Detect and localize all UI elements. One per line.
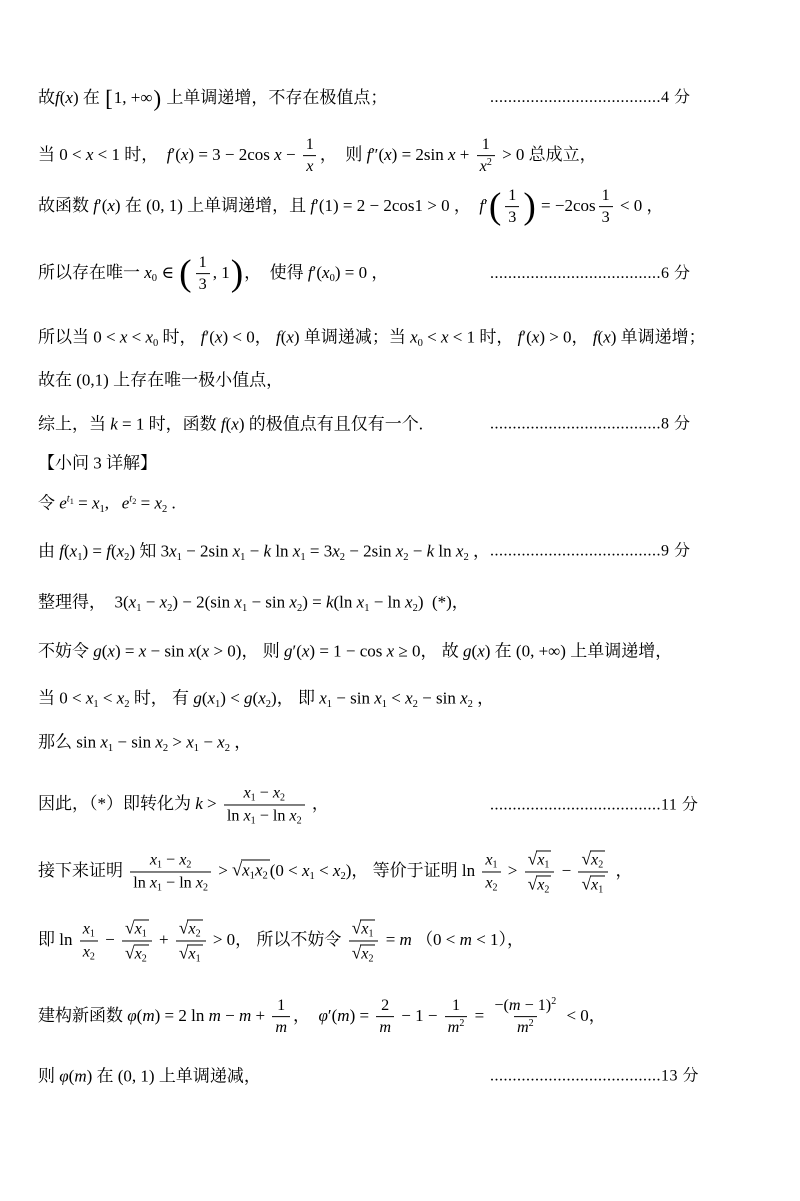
subscript: 1	[493, 859, 498, 870]
fraction: 2m	[376, 996, 394, 1038]
math-variable: x	[243, 808, 250, 825]
fraction: 13	[599, 186, 613, 228]
solution-line: 因此，（*）即转化为 k > x1 − x2ln x1 − ln x2 ，...…	[38, 783, 329, 826]
fraction: 1x	[303, 135, 317, 177]
denominator: x	[303, 156, 316, 177]
fraction: −(m − 1)2m2	[491, 996, 559, 1038]
math-text: < 1），	[472, 930, 524, 949]
numerator: 1	[274, 996, 288, 1016]
radicand: x2	[360, 945, 375, 965]
math-text: − sin	[247, 593, 289, 612]
subscript: 2	[196, 928, 201, 939]
math-variable: x	[65, 88, 73, 107]
fraction: x1x2	[80, 919, 98, 962]
math-text: − ln	[369, 593, 405, 612]
math-text: 1	[90, 928, 95, 939]
big-delimiter: (	[179, 253, 191, 294]
denominator: √x2	[525, 872, 555, 896]
math-text: <	[387, 689, 405, 708]
subscript: 1	[598, 885, 603, 896]
solution-line: 即 ln x1x2 − √x1√x2 + √x2√x1 > 0， 所以不妨令 √…	[38, 917, 524, 964]
fraction: √x2√x1	[176, 917, 206, 964]
math-text: 2	[544, 885, 549, 896]
math-text: ) > 0，	[539, 328, 593, 347]
math-text: 2	[280, 792, 285, 803]
math-text: −	[245, 542, 263, 561]
numerator: 2	[378, 996, 392, 1016]
math-variable: x	[155, 733, 163, 752]
solution-line: 所以当 0 < x < x0 时， f′(x) < 0， f(x) 单调递减；当…	[38, 327, 706, 350]
math-text: =	[381, 930, 399, 949]
math-text: ) = 2 ln	[155, 1006, 209, 1025]
math-variable: m	[460, 930, 472, 949]
math-text: 2	[368, 954, 373, 965]
math-text: ，	[473, 689, 494, 708]
big-delimiter: )	[231, 253, 243, 294]
math-text: ) 在 (0, 1) 上单调递增，且	[115, 196, 310, 215]
math-text: 2	[529, 1018, 534, 1029]
square-root: √x1	[179, 946, 203, 963]
math-text: 综上，当	[38, 414, 110, 433]
solution-line: 建构新函数 φ(m) = 2 ln m − m + 1m， φ′(m) = 2m…	[38, 996, 606, 1038]
radicand: x1	[590, 876, 605, 896]
subscript: 2	[142, 954, 147, 965]
numerator: 1	[303, 135, 317, 155]
math-text: ln	[434, 542, 456, 561]
big-delimiter: (	[489, 186, 501, 227]
math-text: 2	[297, 816, 302, 827]
numerator: 1	[599, 186, 613, 206]
radicand: x1	[536, 850, 551, 870]
math-text: 接下来证明	[38, 861, 127, 880]
math-variable: m	[337, 1006, 349, 1025]
math-variable: x	[83, 920, 90, 937]
math-variable: m	[209, 1006, 221, 1025]
denominator: m	[272, 1017, 290, 1038]
math-text: ′	[484, 196, 488, 215]
math-text: 2	[203, 883, 208, 894]
math-text: ′(	[328, 1006, 337, 1025]
math-variable: x	[410, 328, 418, 347]
math-text: ≥ 0， 故	[394, 641, 463, 660]
math-text: 1	[544, 859, 549, 870]
math-text: −	[409, 542, 427, 561]
math-text: −	[557, 861, 575, 880]
denominator: √x1	[176, 941, 206, 965]
math-text: 1	[277, 997, 285, 1014]
math-text: ) 单调递减；当	[294, 328, 410, 347]
math-text: >	[504, 861, 522, 880]
fraction: √x2√x1	[578, 848, 608, 895]
math-variable: k	[110, 414, 118, 433]
math-variable: x	[302, 861, 310, 880]
math-variable: x	[460, 689, 468, 708]
math-variable: x	[448, 145, 456, 164]
denominator: m2	[514, 1017, 537, 1038]
math-variable: x	[107, 641, 115, 660]
subscript: 1	[90, 928, 95, 939]
math-variable: x	[485, 851, 492, 868]
fraction: x1 − x2ln x1 − ln x2	[130, 850, 211, 893]
math-variable: x	[306, 159, 313, 176]
math-text: ln	[271, 542, 293, 561]
math-text: ′(	[522, 328, 531, 347]
math-variable: m	[74, 1066, 86, 1085]
math-variable: φ	[127, 1006, 136, 1025]
math-text: <	[99, 689, 117, 708]
math-variable: x	[286, 328, 294, 347]
subscript: 2	[280, 792, 285, 803]
math-variable: m	[400, 930, 412, 949]
numerator: √x2	[176, 917, 206, 940]
math-text: ) = 1 − cos	[309, 641, 386, 660]
math-text: − ln	[162, 875, 196, 892]
math-variable: x	[100, 733, 108, 752]
subscript: 2	[297, 816, 302, 827]
math-text: 1, +∞	[114, 88, 153, 107]
math-text: 1	[306, 136, 314, 153]
fraction: 1x2	[477, 135, 495, 177]
math-variable: x	[150, 875, 157, 892]
math-variable: x	[144, 263, 152, 282]
math-variable: m	[509, 997, 521, 1014]
square-root: √x1x2	[232, 861, 270, 880]
math-text: （0 <	[412, 930, 460, 949]
math-text: (ln	[334, 593, 357, 612]
subscript: 2	[598, 859, 603, 870]
math-text: ln	[133, 875, 150, 892]
math-text: 1	[602, 187, 610, 204]
math-text: =	[74, 494, 92, 513]
math-text: − sin	[418, 689, 460, 708]
math-variable: x	[477, 641, 485, 660]
math-variable: x	[384, 145, 392, 164]
math-variable: x	[107, 196, 115, 215]
math-text: (0 <	[270, 861, 302, 880]
math-text: 1	[493, 859, 498, 870]
solution-line: 那么 sin x1 − sin x2 > x1 − x2 ，	[38, 732, 251, 755]
numerator: 1	[479, 135, 493, 155]
subscript: 1	[196, 954, 201, 965]
math-text: 由	[38, 542, 59, 561]
math-variable: x	[188, 641, 196, 660]
math-text: ) 单调递增；	[611, 328, 706, 347]
math-text: < 1 时，	[93, 145, 166, 164]
math-text: 故	[38, 88, 55, 107]
square-root: √x1	[528, 851, 552, 868]
numerator: √x1	[349, 917, 379, 940]
numerator: x1 − x2	[147, 850, 195, 871]
math-text: ) 在	[73, 88, 104, 107]
solution-line: 故函数 f′(x) 在 (0, 1) 上单调递增，且 f′(1) = 2 − 2…	[38, 186, 664, 228]
math-variable: m	[517, 1020, 529, 1037]
math-variable: x	[145, 328, 153, 347]
math-variable: x	[135, 920, 142, 937]
math-text: ′(	[313, 263, 322, 282]
square-root: √x1	[581, 877, 605, 894]
score-marker: ......................................9 …	[490, 542, 691, 562]
math-text: 则	[38, 1066, 59, 1085]
math-text: 1	[368, 928, 373, 939]
math-text: ) − 2(sin	[172, 593, 234, 612]
subscript: 2	[368, 954, 373, 965]
math-text: 2	[142, 954, 147, 965]
math-text: 令	[38, 494, 59, 513]
math-variable: φ	[59, 1066, 68, 1085]
solution-line: 故f(x) 在 [1, +∞) 上单调递增，不存在极值点；...........…	[38, 87, 387, 109]
math-variable: x	[332, 542, 340, 561]
math-variable: g	[93, 641, 102, 660]
math-text: ′(	[206, 328, 215, 347]
denominator: ln x1 − ln x2	[130, 872, 211, 894]
math-text: 1	[142, 928, 147, 939]
denominator: √x2	[122, 941, 152, 965]
solution-line: 由 f(x1) = f(x2) 知 3x1 − 2sin x1 − k ln x…	[38, 541, 490, 564]
math-variable: x	[243, 784, 250, 801]
math-variable: g	[244, 689, 253, 708]
math-variable: m	[239, 1006, 251, 1025]
math-variable: x	[217, 733, 225, 752]
radicand: x2	[590, 850, 605, 870]
denominator: 3	[505, 207, 519, 228]
math-variable: φ	[319, 1006, 328, 1025]
math-text: +	[155, 930, 173, 949]
math-variable: k	[195, 794, 203, 813]
math-text: − 1)	[521, 997, 552, 1014]
math-variable: x	[150, 851, 157, 868]
math-variable: x	[207, 689, 215, 708]
math-text: ，	[230, 733, 251, 752]
math-variable: x	[188, 946, 195, 963]
math-text: >	[168, 733, 186, 752]
math-text: ) 的极值点有且仅有一个.	[239, 414, 423, 433]
math-variable: m	[142, 1006, 154, 1025]
math-text: −	[256, 784, 273, 801]
fraction: √x1√x2	[525, 848, 555, 895]
solution-line: 接下来证明 x1 − x2ln x1 − ln x2 > √x1x2(0 < x…	[38, 848, 632, 895]
math-text: 2	[381, 997, 389, 1014]
math-text: ，	[293, 1006, 319, 1025]
math-text: ) =	[115, 641, 139, 660]
square-root: √x2	[581, 851, 605, 868]
solution-line: 当 0 < x < 1 时， f′(x) = 3 − 2cos x − 1x， …	[38, 135, 597, 177]
square-root: √x1	[125, 920, 149, 937]
math-text: ) = 3 − 2cos	[188, 145, 274, 164]
math-text: − 1 −	[397, 1006, 442, 1025]
math-text: 1	[199, 254, 207, 271]
math-text: ″(	[371, 145, 384, 164]
square-root: √x2	[352, 946, 376, 963]
math-text: ) <	[220, 689, 244, 708]
square-root: √x2	[528, 877, 552, 894]
math-variable: g	[193, 689, 202, 708]
document-page: 故f(x) 在 [1, +∞) 上单调递增，不存在极值点；...........…	[0, 0, 800, 1201]
math-text: −	[162, 851, 179, 868]
math-text: ) 在 (0, +∞) 上单调递增，	[485, 641, 672, 660]
math-text: 故函数	[38, 196, 93, 215]
numerator: x1 − x2	[240, 783, 288, 804]
math-text: > 0)， 则	[209, 641, 284, 660]
subscript: 2	[544, 885, 549, 896]
math-text: − 2sin	[182, 542, 233, 561]
radicand: x1	[187, 945, 202, 965]
math-text: 因此，（*）即转化为	[38, 794, 195, 813]
math-text: ) = 0 ，	[335, 263, 389, 282]
denominator: m	[376, 1017, 394, 1038]
score-marker: ......................................6 …	[490, 264, 691, 284]
subscript: 2	[262, 871, 267, 882]
math-variable: x	[188, 920, 195, 937]
math-text: 不妨令	[38, 641, 93, 660]
math-variable: g	[463, 641, 472, 660]
denominator: x2	[80, 941, 98, 963]
math-text: >	[214, 861, 232, 880]
math-variable: x	[485, 875, 492, 892]
math-variable: x	[186, 733, 194, 752]
math-text: ′(1) = 2 − 2cos1 > 0 ，	[315, 196, 479, 215]
denominator: √x1	[578, 872, 608, 896]
math-variable: k	[264, 542, 272, 561]
square-root: √x2	[179, 920, 203, 937]
math-variable: x	[289, 593, 297, 612]
math-text: −	[141, 593, 159, 612]
math-text: −(	[494, 997, 508, 1014]
math-variable: x	[374, 689, 382, 708]
math-variable: m	[275, 1020, 287, 1037]
math-text: 时，	[158, 328, 201, 347]
math-text: −	[221, 1006, 239, 1025]
math-variable: x	[480, 159, 487, 176]
math-text: <	[315, 861, 333, 880]
numerator: √x1	[122, 917, 152, 940]
numerator: 1	[196, 253, 210, 273]
math-text: ) 知 3	[129, 542, 169, 561]
math-variable: x	[231, 414, 239, 433]
solution-line: 令 et1 = x1, et2 = x2 .	[38, 493, 176, 516]
math-text: − ln	[256, 808, 290, 825]
radicand: x2	[536, 876, 551, 896]
math-variable: x	[405, 689, 413, 708]
math-text: ) 在 (0, 1) 上单调递减，	[87, 1066, 261, 1085]
math-text: 【小问 3 详解】	[38, 453, 157, 472]
math-text: ) =	[350, 1006, 374, 1025]
numerator: −(m − 1)2	[491, 996, 559, 1016]
math-text: − sin	[146, 641, 188, 660]
math-text: 2	[90, 952, 95, 963]
math-text: +	[456, 145, 474, 164]
math-variable: x	[603, 328, 611, 347]
math-variable: x	[289, 808, 296, 825]
math-variable: x	[273, 784, 280, 801]
numerator: √x1	[525, 848, 555, 871]
math-text: ′(	[171, 145, 180, 164]
math-text: −	[199, 733, 217, 752]
solution-line: 不妨令 g(x) = x − sin x(x > 0)， 则 g′(x) = 1…	[38, 640, 672, 661]
subscript: 2	[493, 883, 498, 894]
numerator: √x2	[578, 848, 608, 871]
math-text: 时， 有	[130, 689, 194, 708]
fraction: 1m2	[445, 996, 468, 1038]
math-text: ln	[227, 808, 244, 825]
math-text: 1	[598, 885, 603, 896]
math-text: < 1 时，	[449, 328, 518, 347]
math-text: 2	[196, 928, 201, 939]
math-text: , 1	[213, 263, 230, 282]
square-root: √x1	[352, 920, 376, 937]
math-text: 2	[551, 996, 556, 1007]
solution-line: 当 0 < x1 < x2 时， 有 g(x1) < g(x2)， 即 x1 −…	[38, 688, 494, 711]
math-text: 3	[602, 210, 610, 227]
math-variable: e	[59, 494, 67, 513]
solution-line: 综上，当 k = 1 时，函数 f(x) 的极值点有且仅有一个.........…	[38, 413, 423, 434]
score-marker: ......................................13…	[490, 1066, 699, 1086]
math-text: ，	[469, 542, 490, 561]
math-text: ,	[105, 494, 122, 513]
math-variable: x	[169, 542, 177, 561]
radicand: x2	[187, 919, 202, 939]
math-variable: x	[234, 593, 242, 612]
math-text: ) = 2sin	[392, 145, 448, 164]
math-text: ) < 0，	[222, 328, 276, 347]
numerator: x1	[80, 919, 98, 940]
math-text: = −2cos	[537, 196, 596, 215]
math-text: ，	[611, 861, 632, 880]
superscript: 2	[487, 157, 492, 168]
math-variable: x	[83, 944, 90, 961]
math-text: <	[127, 328, 145, 347]
math-text: )， 等价于证明 ln	[346, 861, 480, 880]
solution-line: 则 φ(m) 在 (0, 1) 上单调递减，..................…	[38, 1065, 261, 1086]
radicand: x2	[134, 945, 149, 965]
math-text: 2	[459, 1018, 464, 1029]
denominator: 3	[599, 207, 613, 228]
math-text: > 0， 所以不妨令	[209, 930, 346, 949]
math-variable: m	[448, 1020, 460, 1037]
math-text: ，	[308, 794, 329, 813]
math-text: − sin	[332, 689, 374, 708]
math-text: 2	[262, 871, 267, 882]
math-text: 当 0 <	[38, 145, 86, 164]
math-text: 所以存在唯一	[38, 263, 144, 282]
math-text: 那么 sin	[38, 733, 100, 752]
square-root: √x2	[125, 946, 149, 963]
radicand: x1	[134, 919, 149, 939]
math-text: ) =	[82, 542, 106, 561]
subscript: 1	[544, 859, 549, 870]
math-variable: k	[326, 593, 334, 612]
fraction: √x1√x2	[349, 917, 379, 964]
math-text: ) (*)，	[418, 593, 469, 612]
math-text: )， 即	[271, 689, 319, 708]
math-text: ， 则	[320, 145, 367, 164]
math-variable: x	[154, 494, 162, 513]
math-text: −	[101, 930, 119, 949]
math-text: +	[251, 1006, 269, 1025]
math-variable: x	[242, 861, 250, 880]
subscript: 2	[186, 859, 191, 870]
math-text: 3	[508, 210, 516, 227]
big-delimiter: )	[153, 86, 161, 111]
math-text: 建构新函数	[38, 1006, 127, 1025]
denominator: x2	[482, 872, 500, 894]
math-text: 所以当 0 <	[38, 328, 120, 347]
math-text: 整理得， 3(	[38, 593, 129, 612]
math-text: < 0 ，	[616, 196, 664, 215]
math-text: < 0，	[562, 1006, 606, 1025]
score-marker: ......................................8 …	[490, 414, 691, 434]
solution-line: 故在 (0,1) 上存在唯一极小值点，	[38, 369, 283, 390]
score-marker: ......................................4 …	[490, 88, 691, 108]
